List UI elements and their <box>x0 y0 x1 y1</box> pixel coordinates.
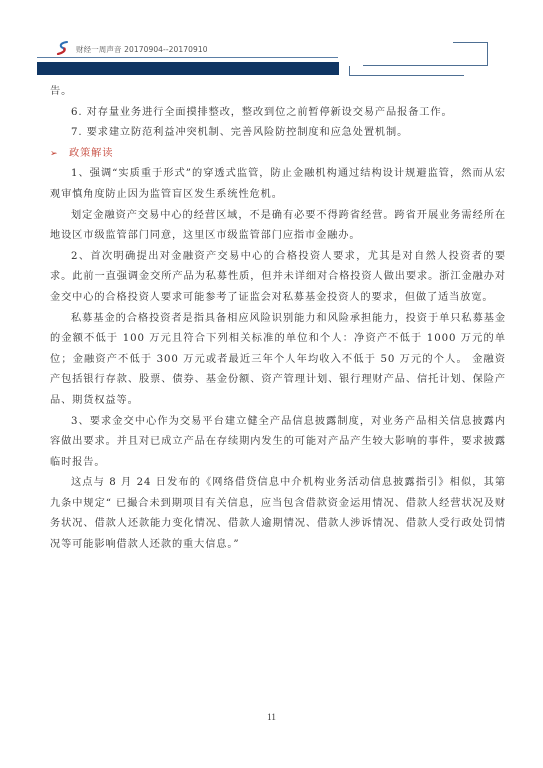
arrow-bullet-icon: ➢ <box>50 144 60 165</box>
document-page: 财经一周声音 20170904--20170910 告。 6. 对存量业务进行全… <box>0 0 543 768</box>
list-item-6: 6. 对存量业务进行全面摸排整改，整改到位之前暂停新设交易产品报备工作。 <box>50 103 506 124</box>
swoosh-logo-icon <box>56 41 70 55</box>
list-item-7: 7. 要求建立防范利益冲突机制、完善风险防控制度和应急处置机制。 <box>50 123 506 144</box>
bracket-right-line <box>487 42 488 66</box>
bracket-middle-line <box>363 65 488 66</box>
continuation-text: 告。 <box>50 82 506 103</box>
header-rule-line <box>37 57 338 58</box>
paragraph-point-3: 3、要求金交中心作为交易平台建立健全产品信息披露制度，对业务产品相关信息披露内容… <box>50 412 506 474</box>
section-heading-text: 政策解读 <box>69 144 113 165</box>
header-title: 财经一周声音 20170904--20170910 <box>76 44 208 55</box>
paragraph-qualified-investors: 私募基金的合格投资者是指具备相应风险识别能力和风险承担能力，投资于单只私募基金的… <box>50 309 506 412</box>
bracket-top-line <box>453 42 488 43</box>
paragraph-operating-region: 划定金融资产交易中心的经营区域，不是确有必要不得跨省经营。跨省开展业务需经所在地… <box>50 206 506 247</box>
section-heading-policy-interpretation: ➢ 政策解读 <box>50 144 506 165</box>
paragraph-point-1: 1、强调“实质重于形式”的穿透式监管，防止金融机构通过结构设计规避监管，然而从宏… <box>50 164 506 205</box>
paragraph-disclosure-guideline: 这点与 8 月 24 日发布的《网络借贷信息中介机构业务活动信息披露指引》相似，… <box>50 473 506 555</box>
document-body: 告。 6. 对存量业务进行全面摸排整改，整改到位之前暂停新设交易产品报备工作。 … <box>50 82 506 556</box>
page-number: 11 <box>0 712 543 722</box>
paragraph-point-2: 2、首次明确提出对金融资产交易中心的合格投资人要求，尤其是对自然人投资者的要求。… <box>50 247 506 309</box>
header-navy-bar <box>37 62 339 75</box>
bracket-bottom-line <box>349 75 464 76</box>
